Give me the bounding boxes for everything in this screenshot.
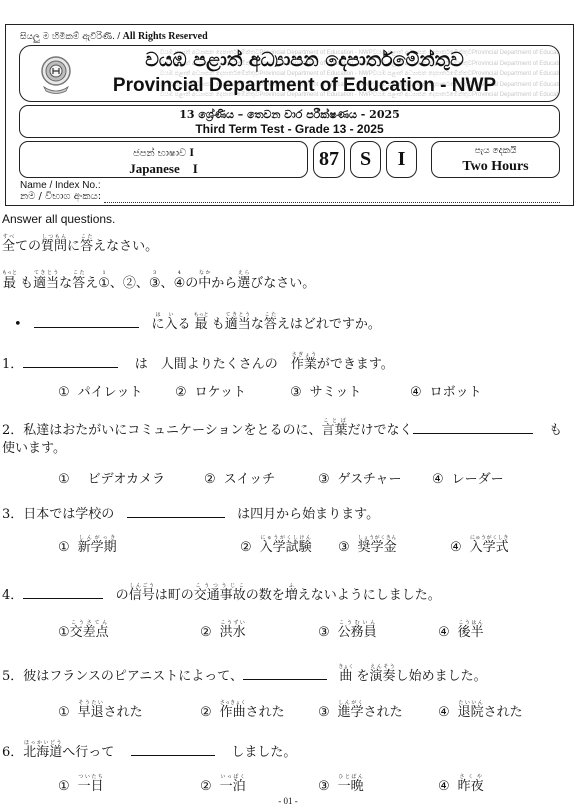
option-2[interactable]: ②洪水こうずい: [200, 620, 246, 640]
answer-blank: [23, 367, 118, 368]
question-1: 1． は 人間よりたくさんの 作業さぎょうができます。: [2, 352, 394, 372]
page-number: - 01 -: [0, 796, 576, 806]
paper-code-box: I: [386, 141, 417, 178]
instruction-english: Answer all questions.: [2, 212, 115, 226]
question-2: 2．私達はおたがいにコミュニケーションをとるのに、言葉ことばだけでなく も: [2, 418, 562, 438]
option-marker: ④: [450, 540, 462, 555]
name-label-sinhala: නම / විභාග අංකය:: [20, 191, 101, 203]
option-text: レーダー: [452, 472, 504, 487]
option-marker: ③: [318, 705, 330, 720]
option-marker: ④: [410, 385, 422, 400]
question-text-before: 彼はフランスのピアニストによって、: [23, 669, 243, 684]
instruction-bullet: • に入はいる 最もっと も適当てきとうな答こたえはどれですか。: [14, 312, 381, 332]
bullet-icon: •: [14, 317, 22, 332]
answer-blank: [23, 598, 103, 599]
option-2[interactable]: ②作曲さっきょくされた: [200, 700, 285, 720]
option-1[interactable]: ①交差点こうさてん: [58, 620, 109, 640]
option-text: ロボット: [430, 385, 482, 400]
question-text-after: も: [549, 423, 562, 438]
answer-blank: [243, 679, 327, 680]
question-text-after: は四月から始まります。: [237, 507, 379, 522]
option-marker: ③: [338, 540, 350, 555]
answer-blank: [131, 755, 215, 756]
option-4[interactable]: ④退院たいいんされた: [438, 700, 523, 720]
option-2[interactable]: ②スイッチ: [204, 468, 275, 487]
instruction-jp-1: 全すべての質問しつもんに答こたえなさい。: [2, 234, 158, 254]
department-name-english: Provincial Department of Education - NWP: [20, 75, 559, 97]
option-text: パイレット: [78, 385, 143, 400]
paper-part: I: [193, 161, 198, 176]
option-3[interactable]: ③サミット: [290, 381, 361, 400]
subject-box: ජපන් භාෂාව I Japanese I: [19, 141, 308, 178]
option-marker: ①: [58, 385, 70, 400]
option-4[interactable]: ④昨夜さくや: [438, 774, 484, 794]
option-1[interactable]: ①早退そうたいされた: [58, 700, 143, 720]
option-text: サミット: [310, 385, 362, 400]
department-banner: වයඹ පළාත් අධ්‍යාපන දෙපාර්තමේන්තුවProvinc…: [19, 45, 560, 102]
option-marker: ②: [200, 779, 212, 794]
question-6: 6．北海道ほっかいどうへ行って しました。: [2, 740, 296, 760]
question-3: 3．日本では学校の は四月から始まります。: [2, 503, 379, 522]
option-2[interactable]: ②入学試験にゅうがくしけん: [240, 535, 312, 555]
exam-header: සියලු ම හිමිකම් ඇවිරිණි. / All Rights Re…: [5, 24, 574, 206]
option-marker: ④: [438, 705, 450, 720]
option-marker: ①: [58, 705, 70, 720]
answer-blank: [127, 517, 225, 518]
term-title-sinhala: 13 ශ්‍රේණිය – තෙවන වාර පරීක්ෂණය - 2025: [20, 108, 559, 122]
option-text: ゲスチャー: [338, 472, 402, 487]
paper-part: I: [189, 145, 194, 159]
duration-sinhala: පැය දෙකයි: [432, 145, 559, 158]
option-marker: ③: [318, 779, 330, 794]
question-number: 6．: [2, 745, 23, 760]
option-marker: ④: [438, 779, 450, 794]
question-number: 1．: [2, 357, 23, 372]
option-marker: ②: [200, 705, 212, 720]
option-3[interactable]: ③ゲスチャー: [318, 468, 402, 487]
answer-blank: [413, 433, 533, 434]
option-4[interactable]: ④後半こうはん: [438, 620, 484, 640]
option-marker: ①: [58, 625, 70, 640]
option-4[interactable]: ④レーダー: [432, 468, 504, 487]
rights-sinhala: සියලු ම හිමිකම් ඇවිරිණි.: [20, 32, 115, 42]
option-text: ビデオカメラ: [88, 472, 165, 487]
name-input-line[interactable]: [104, 195, 560, 203]
question-text-before: 日本では学校の: [23, 507, 114, 522]
option-1[interactable]: ①新学期しんがっき: [58, 535, 117, 555]
question-number: 5．: [2, 669, 23, 684]
name-field: නම / විභාග අංකය:: [20, 191, 560, 203]
rights-separator: /: [115, 31, 123, 42]
option-3[interactable]: ③一晩ひとばん: [318, 774, 364, 794]
option-3[interactable]: ③奨学金しょうがくきん: [338, 535, 397, 555]
option-marker: ②: [240, 540, 252, 555]
duration-english: Two Hours: [432, 158, 559, 175]
option-2[interactable]: ②一泊いっぱく: [200, 774, 246, 794]
question-2-continuation: 使います。: [2, 437, 66, 456]
term-title-box: 13 ශ්‍රේණිය – තෙවන වාර පරීක්ෂණය - 2025 T…: [19, 105, 560, 138]
option-text: スイッチ: [224, 472, 275, 487]
option-4[interactable]: ④ロボット: [410, 381, 482, 400]
instruction-jp-2: 最もっと も適当てきとうな答こたえ①1、②、③3、④4の中なかから選えらびなさい…: [2, 270, 315, 291]
option-marker: ②: [204, 472, 216, 487]
question-5: 5．彼はフランスのピアニストによって、 曲きょく を演奏えんそうし始めました。: [2, 664, 487, 684]
option-marker: ②: [175, 385, 187, 400]
option-1[interactable]: ①ビデオカメラ: [58, 468, 165, 487]
department-name-sinhala: වයඹ පළාත් අධ්‍යාපන දෙපාර්තමේන්තුව: [20, 49, 559, 71]
option-marker: ②: [200, 625, 212, 640]
subject-code-box: 87: [313, 141, 345, 178]
question-text-after: しました。: [231, 745, 296, 760]
option-2[interactable]: ②ロケット: [175, 381, 246, 400]
option-marker: ④: [438, 625, 450, 640]
option-marker: ③: [318, 472, 330, 487]
stream-code-box: S: [350, 141, 381, 178]
option-marker: ④: [432, 472, 444, 487]
rights-english: All Rights Reserved: [123, 31, 208, 42]
answer-blank: [34, 327, 139, 328]
name-label-english: Name / Index No.:: [20, 180, 101, 191]
option-1[interactable]: ①一日ついたち: [58, 774, 104, 794]
option-marker: ①: [58, 472, 70, 487]
question-number: 2．: [2, 423, 23, 438]
option-4[interactable]: ④入学式にゅうがくしき: [450, 535, 509, 555]
question-number: 4．: [2, 588, 23, 603]
option-marker: ③: [318, 625, 330, 640]
question-number: 3．: [2, 507, 23, 522]
subject-sinhala: ජපන් භාෂාව I: [20, 145, 307, 161]
term-title-english: Third Term Test - Grade 13 - 2025: [20, 122, 559, 136]
subject-english-text: Japanese: [129, 161, 180, 176]
subject-english: Japanese I: [20, 161, 307, 177]
option-text: ロケット: [195, 385, 246, 400]
option-3[interactable]: ③進学しんがくされた: [318, 700, 403, 720]
subject-sinhala-text: ජපන් භාෂාව: [133, 148, 186, 159]
option-marker: ①: [58, 540, 70, 555]
option-1[interactable]: ①パイレット: [58, 381, 143, 400]
duration-box: පැය දෙකයි Two Hours: [431, 141, 560, 178]
option-3[interactable]: ③公務員こうむいん: [318, 620, 377, 640]
question-4: 4． の信号しんごうは町の交通事故こうつうじこの数を増ふえないようにしました。: [2, 583, 441, 603]
option-marker: ③: [290, 385, 302, 400]
option-marker: ①: [58, 779, 70, 794]
copyright-notice: සියලු ම හිමිකම් ඇවිරිණි. / All Rights Re…: [20, 31, 208, 42]
